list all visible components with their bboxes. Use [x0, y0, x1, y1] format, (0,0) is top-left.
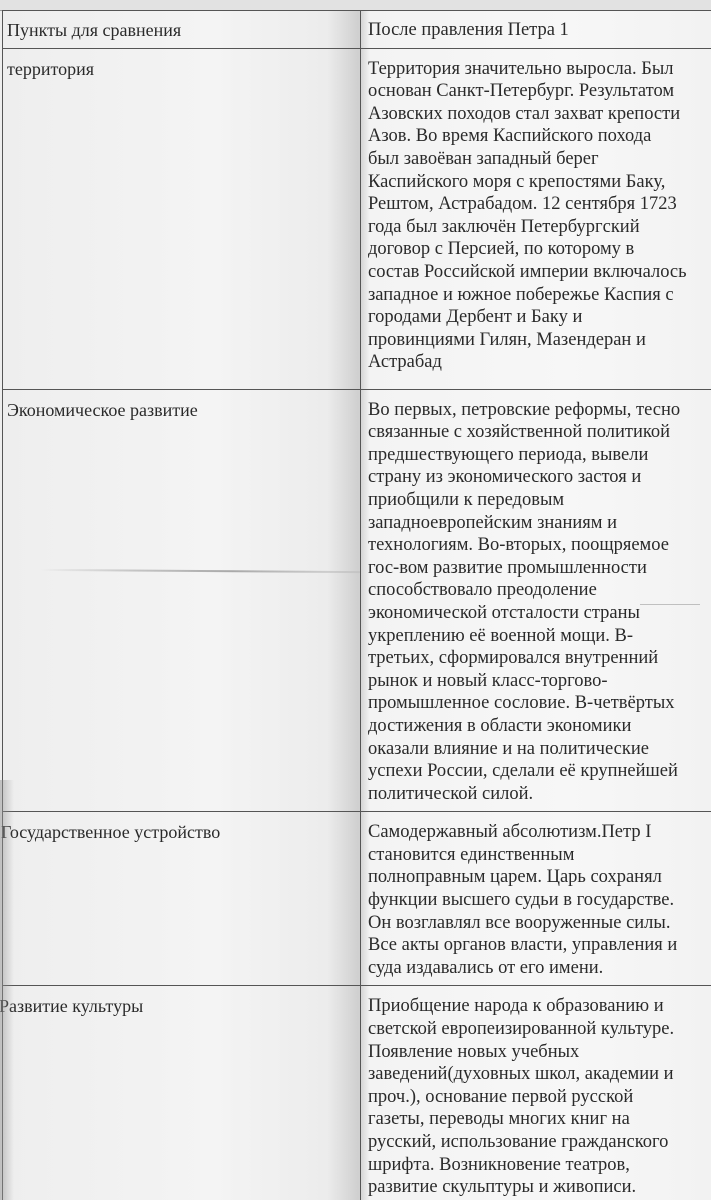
description-cell: Во первых, петровские реформы, тесно свя…: [361, 389, 711, 812]
topic-economy: Экономическое развитие: [3, 390, 360, 421]
header-after-peter: После правления Петра 1: [361, 11, 711, 48]
description-cell: Приобщение народа к образованию и светск…: [361, 986, 711, 1200]
comparison-table: Пункты для сравнения После правления Пет…: [2, 10, 711, 1200]
table-row: территория Территория значительно выросл…: [3, 48, 711, 389]
description-economy: Во первых, петровские реформы, тесно свя…: [361, 390, 711, 812]
table-header-row: Пункты для сравнения После правления Пет…: [3, 11, 711, 49]
scanned-paper: Пункты для сравнения После правления Пет…: [0, 0, 711, 1200]
description-cell: Территория значительно выросла. Был осно…: [361, 48, 711, 389]
header-cell-after-peter: После правления Петра 1: [361, 11, 711, 49]
topic-cell: Экономическое развитие: [3, 389, 361, 812]
topic-territory: территория: [3, 49, 360, 80]
table-row: Развитие культуры Приобщение народа к об…: [3, 986, 711, 1200]
topic-cell: территория: [3, 48, 361, 389]
paper-fold-crease-right: [640, 604, 700, 605]
scan-edge-shadow: [0, 780, 14, 1200]
header-comparison-points: Пункты для сравнения: [3, 11, 360, 41]
topic-culture: Развитие культуры: [0, 986, 360, 1017]
description-state-structure: Самодержавный абсолютизм.Петр I становит…: [361, 812, 711, 985]
header-cell-comparison-points: Пункты для сравнения: [3, 11, 361, 49]
table-row: Экономическое развитие Во первых, петров…: [3, 389, 711, 812]
topic-cell: Развитие культуры: [3, 986, 361, 1200]
description-cell: Самодержавный абсолютизм.Петр I становит…: [361, 812, 711, 986]
description-culture: Приобщение народа к образованию и светск…: [361, 986, 711, 1200]
topic-cell: Государственное устройство: [3, 812, 361, 986]
description-territory: Территория значительно выросла. Был осно…: [361, 49, 711, 380]
topic-state-structure: Государственное устройство: [0, 812, 360, 843]
table-row: Государственное устройство Самодержавный…: [3, 812, 711, 986]
